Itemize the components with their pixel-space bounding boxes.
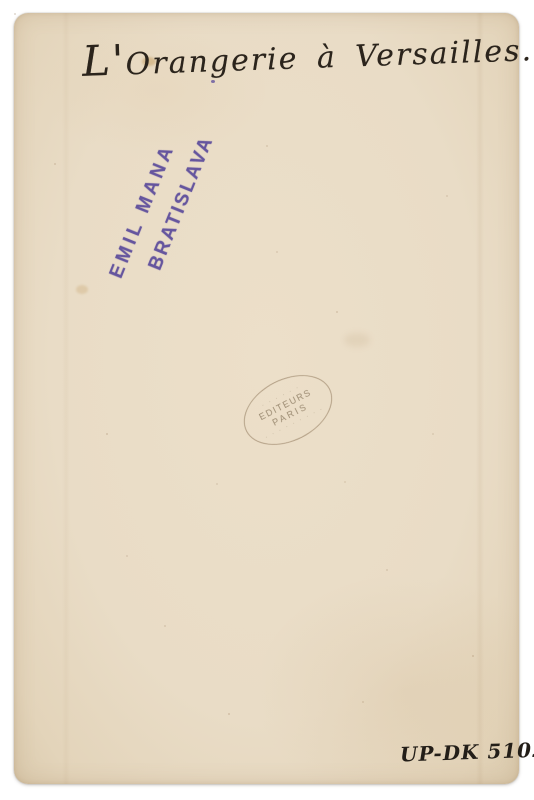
stray-ink-dot [211,80,215,83]
editor-oval-stamp: · · · · · · EDITEURS PARIS · · · · · · ·… [232,361,344,459]
scan-background: L'Orangerie à Versailles. EMIL MANA BRAT… [0,0,534,800]
collector-stamp: EMIL MANA BRATISLAVA [100,118,223,296]
inventory-code: UP-DK 5102 [400,737,534,766]
paper-streak [62,13,70,784]
stain-spot [76,285,88,294]
paper-speckles [14,13,16,15]
stain-spot [344,333,370,347]
photo-card-verso: L'Orangerie à Versailles. EMIL MANA BRAT… [14,13,519,784]
paper-streak [476,13,484,784]
handwritten-title: L'Orangerie à Versailles. [81,21,533,86]
